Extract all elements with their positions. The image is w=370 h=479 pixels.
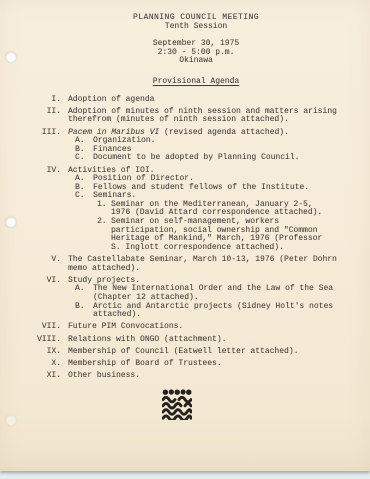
numbered-sub-item: 2. Seminar on self-management, workers p… [97,218,344,252]
sub-text: Document to be adopted by Planning Counc… [93,154,344,163]
agenda-item-11: XI. Other business. [0,372,370,381]
agenda-item-5: V. The Castellabate Seminar, March 10-13… [0,256,370,273]
subsub-number: 1. [97,201,111,218]
agenda-heading: Provisional Agenda [22,78,370,87]
item-body: Activities of IOI. A. Position of Direct… [68,167,344,253]
sub-item: B. Arctic and Antarctic projects (Sidney… [75,303,344,320]
item-number: XI. [0,372,68,381]
item-text: Adoption of minutes of ninth session and… [68,108,344,125]
sub-text: Arctic and Antarctic projects (Sidney Ho… [93,303,344,320]
meeting-location: Okinawa [22,57,370,66]
scanned-document-page: PLANNING COUNCIL MEETING Tenth Session S… [0,0,370,479]
agenda-item-1: I. Adoption of agenda [0,96,370,105]
sub-letter: A. [75,285,93,302]
numbered-sub-item: 1. Seminar on the Mediterranean, January… [97,201,344,218]
sub-item: C. Seminars. 1. Seminar on the Mediterra… [75,192,344,252]
item-number: VII. [0,323,68,332]
item-number: III. [0,129,68,163]
sub-text: The New International Order and the Law … [93,285,344,302]
item-text-rest: (revised agenda attached). [159,128,289,137]
item-body: Study projects. A. The New International… [68,277,344,320]
sub-letter: C. [75,192,93,252]
sub-body: Seminars. 1. Seminar on the Mediterranea… [93,192,344,252]
item-number: VI. [0,277,68,320]
sub-letter: B. [75,303,93,320]
item-number: IV. [0,167,68,253]
agenda-item-6: VI. Study projects. A. The New Internati… [0,277,370,320]
sub-letter: C. [75,154,93,163]
agenda-item-8: VIII. Relations with ONGO (attachment). [0,336,370,345]
agenda-list: I. Adoption of agenda II. Adoption of mi… [0,96,370,381]
subsub-text: Seminar on self-management, workers part… [111,218,333,252]
subsub-number: 2. [97,218,111,252]
sub-item: A. The New International Order and the L… [75,285,344,302]
item-text: Adoption of agenda [68,96,344,105]
item-text: The Castellabate Seminar, March 10-13, 1… [68,256,344,273]
item-number: II. [0,108,68,125]
item-number: V. [0,256,68,273]
agenda-item-2: II. Adoption of minutes of ninth session… [0,108,370,125]
document-content: PLANNING COUNCIL MEETING Tenth Session S… [0,14,370,420]
agenda-item-4: IV. Activities of IOI. A. Position of Di… [0,167,370,253]
item-text: Other business. [68,372,344,381]
agenda-item-3: III. Pacem in Maribus VI (revised agenda… [0,129,370,163]
date-block: September 30, 1975 2:30 - 5:00 p.m. Okin… [22,40,370,66]
subsub-text: Seminar on the Mediterranean, January 2-… [111,201,333,218]
item-text: Membership of Council (Eatwell letter at… [68,348,344,357]
ioi-wave-stamp-icon [162,389,192,420]
item-number: IX. [0,348,68,357]
item-text: Membership of Board of Trustees. [68,360,344,369]
item-body: Pacem in Maribus VI (revised agenda atta… [68,129,344,163]
agenda-item-7: VII. Future PIM Convocations. [0,323,370,332]
sub-item: C. Document to be adopted by Planning Co… [75,154,344,163]
document-header: PLANNING COUNCIL MEETING Tenth Session S… [22,14,370,87]
item-text: Future PIM Convocations. [68,323,344,332]
item-number: VIII. [0,336,68,345]
item-number: X. [0,360,68,369]
session-subtitle: Tenth Session [22,23,370,32]
agenda-item-10: X. Membership of Board of Trustees. [0,360,370,369]
item-number: I. [0,96,68,105]
item-text: Relations with ONGO (attachment). [68,336,344,345]
agenda-item-9: IX. Membership of Council (Eatwell lette… [0,348,370,357]
